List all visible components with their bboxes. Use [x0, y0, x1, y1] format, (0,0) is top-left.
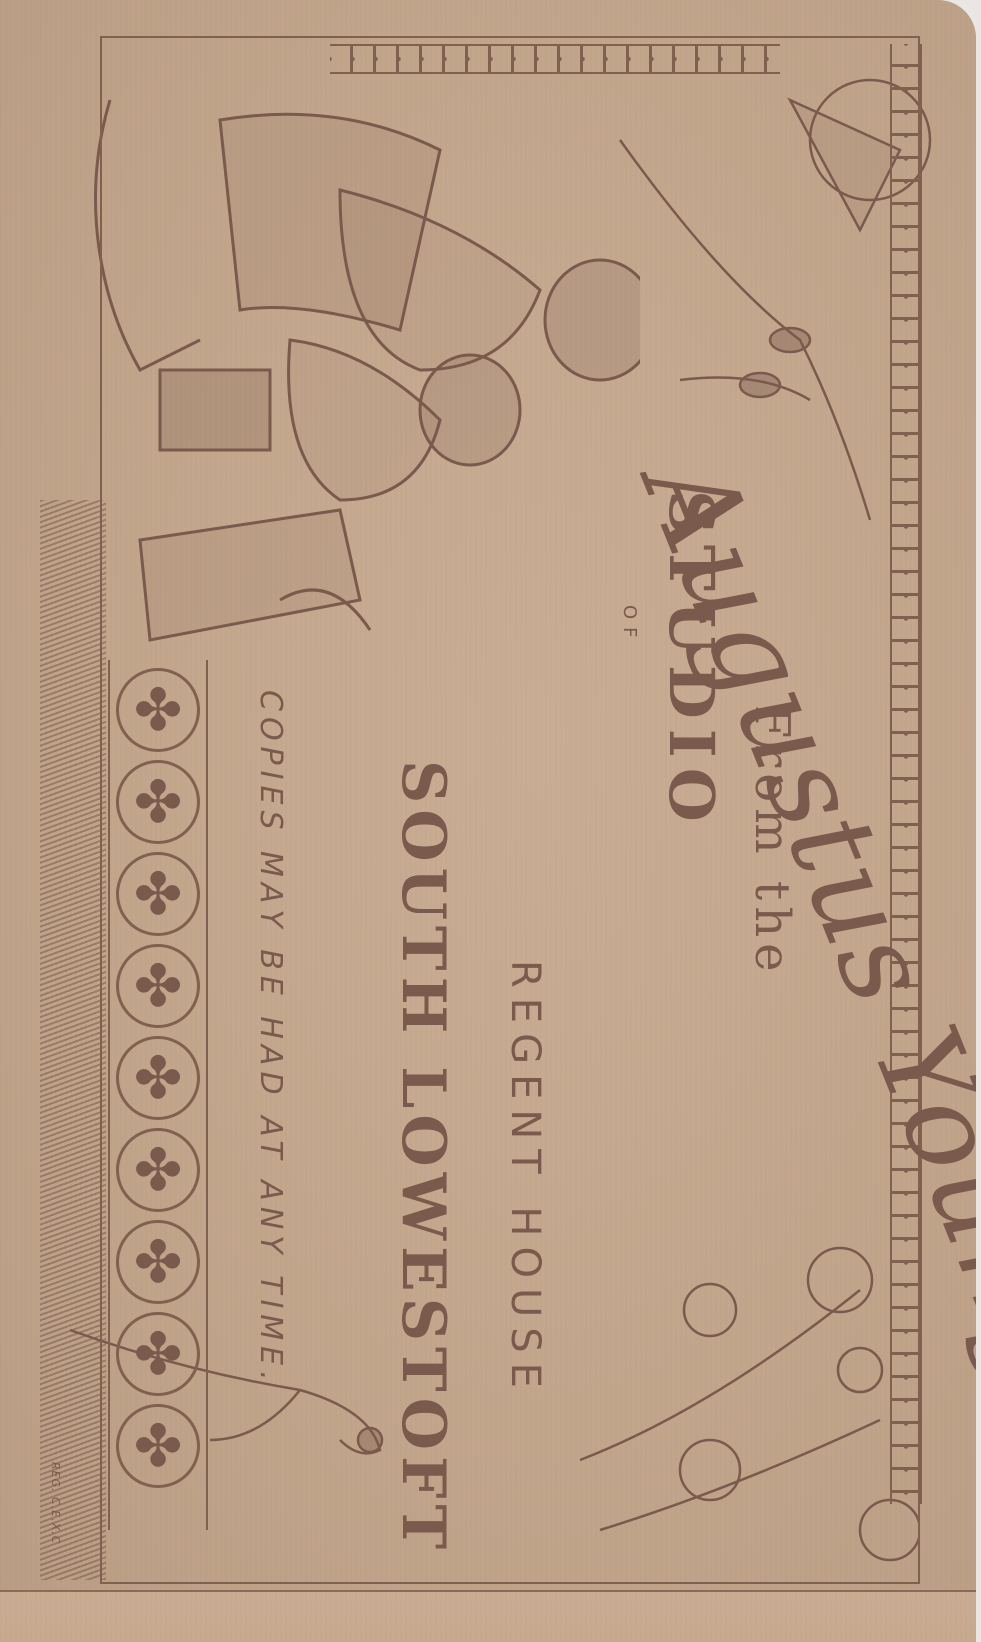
town-text: SOUTH LOWESTOFT	[388, 760, 458, 1555]
rosette-icon	[116, 1128, 200, 1212]
rosette-icon	[116, 1404, 200, 1488]
rosette-icon	[116, 852, 200, 936]
of-label: OF	[619, 605, 640, 646]
copies-notice: COPIES MAY BE HAD AT ANY TIME.	[253, 690, 288, 1387]
rosette-icon	[116, 1312, 200, 1396]
rosette-icon	[116, 1220, 200, 1304]
beaded-border-top	[330, 44, 780, 74]
rosette-icon	[116, 944, 200, 1028]
photo-card: From the STUDIO OF Augustus Young REGENT…	[0, 0, 976, 1642]
address-text: REGENT HOUSE	[502, 960, 548, 1398]
rosette-icon	[116, 1036, 200, 1120]
beaded-border-right	[890, 44, 922, 1504]
registration-mark: REG. C.E.X.C	[49, 1462, 62, 1544]
rosette-band	[108, 660, 208, 1530]
worn-bottom-edge	[0, 1590, 976, 1642]
rosette-icon	[116, 760, 200, 844]
rosette-icon	[116, 668, 200, 752]
